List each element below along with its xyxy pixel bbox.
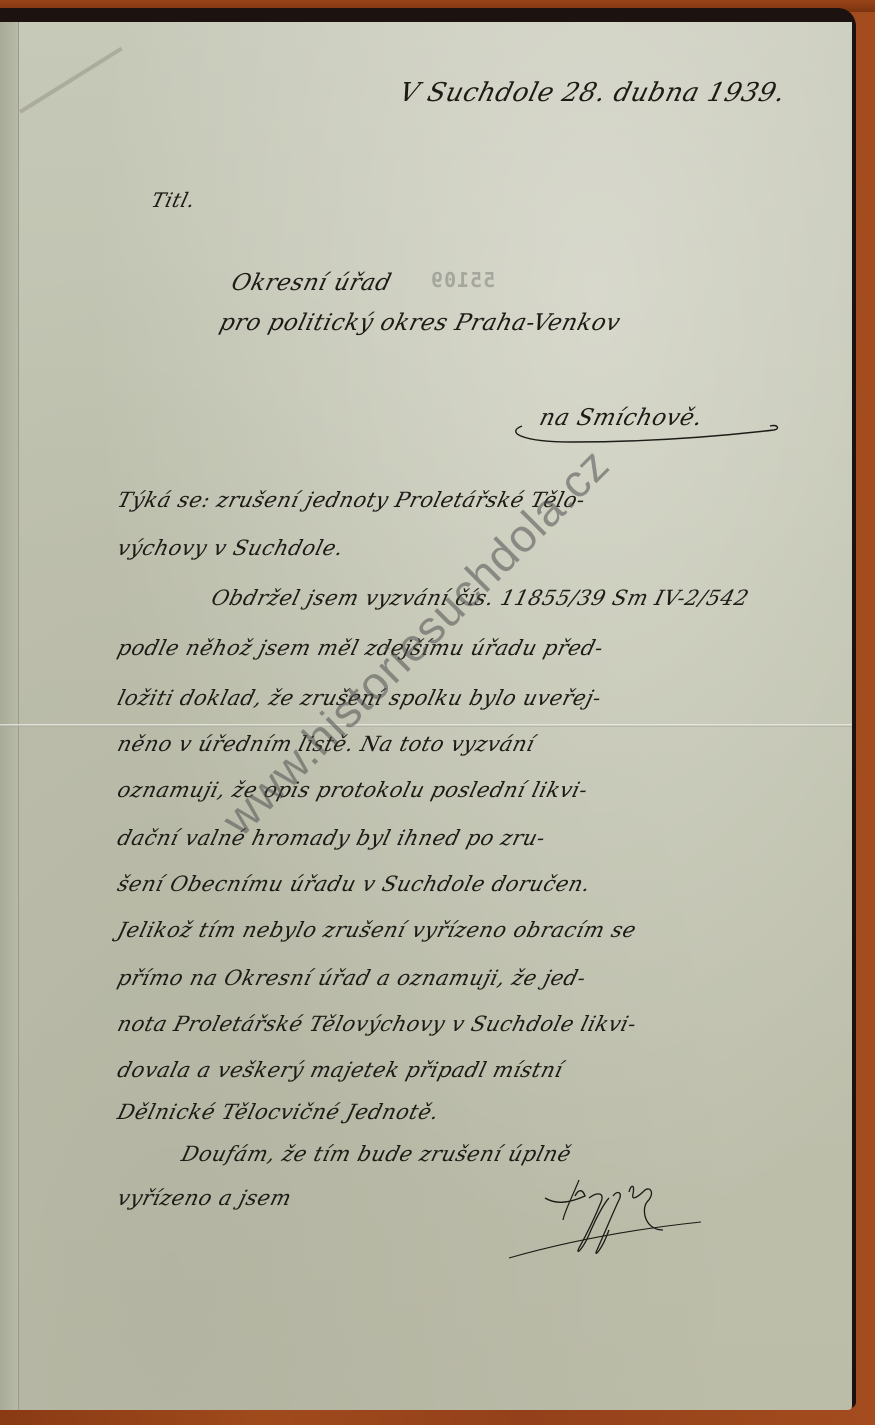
- body-line: šení Obecnímu úřadu v Suchdole doručen.: [115, 872, 593, 896]
- body-line: Dělnické Tělocvičné Jednotě.: [115, 1100, 442, 1124]
- horizontal-fold: [0, 724, 852, 727]
- body-line: vyřízeno a jsem: [115, 1186, 294, 1210]
- place-date: V Suchdole 28. dubna 1939.: [396, 78, 788, 108]
- body-line: nota Proletářské Tělovýchovy v Suchdole …: [115, 1012, 639, 1036]
- body-line: Jelikož tím nebylo zrušení vyřízeno obra…: [115, 918, 639, 942]
- addressee-line-2: pro politický okres Praha-Venkov: [217, 310, 623, 336]
- body-line: oznamuji, že opis protokolu poslední lik…: [115, 778, 590, 802]
- salutation: Titl.: [149, 188, 198, 212]
- signature-icon: [505, 1170, 705, 1265]
- body-line: Doufám, že tím bude zrušení úplně: [179, 1142, 574, 1166]
- addressee-line-1: Okresní úřad: [229, 270, 394, 296]
- paper-fold-strip: [0, 22, 19, 1410]
- body-line: přímo na Okresní úřad a oznamuji, že jed…: [115, 966, 589, 990]
- stamp-number: 55109: [430, 268, 495, 292]
- body-line: dační valné hromady byl ihned po zru-: [115, 826, 548, 850]
- flourish-underline-icon: [512, 420, 780, 446]
- body-line: dovala a veškerý majetek připadl místní: [115, 1058, 566, 1082]
- subject-line-2: výchovy v Suchdole.: [115, 536, 346, 560]
